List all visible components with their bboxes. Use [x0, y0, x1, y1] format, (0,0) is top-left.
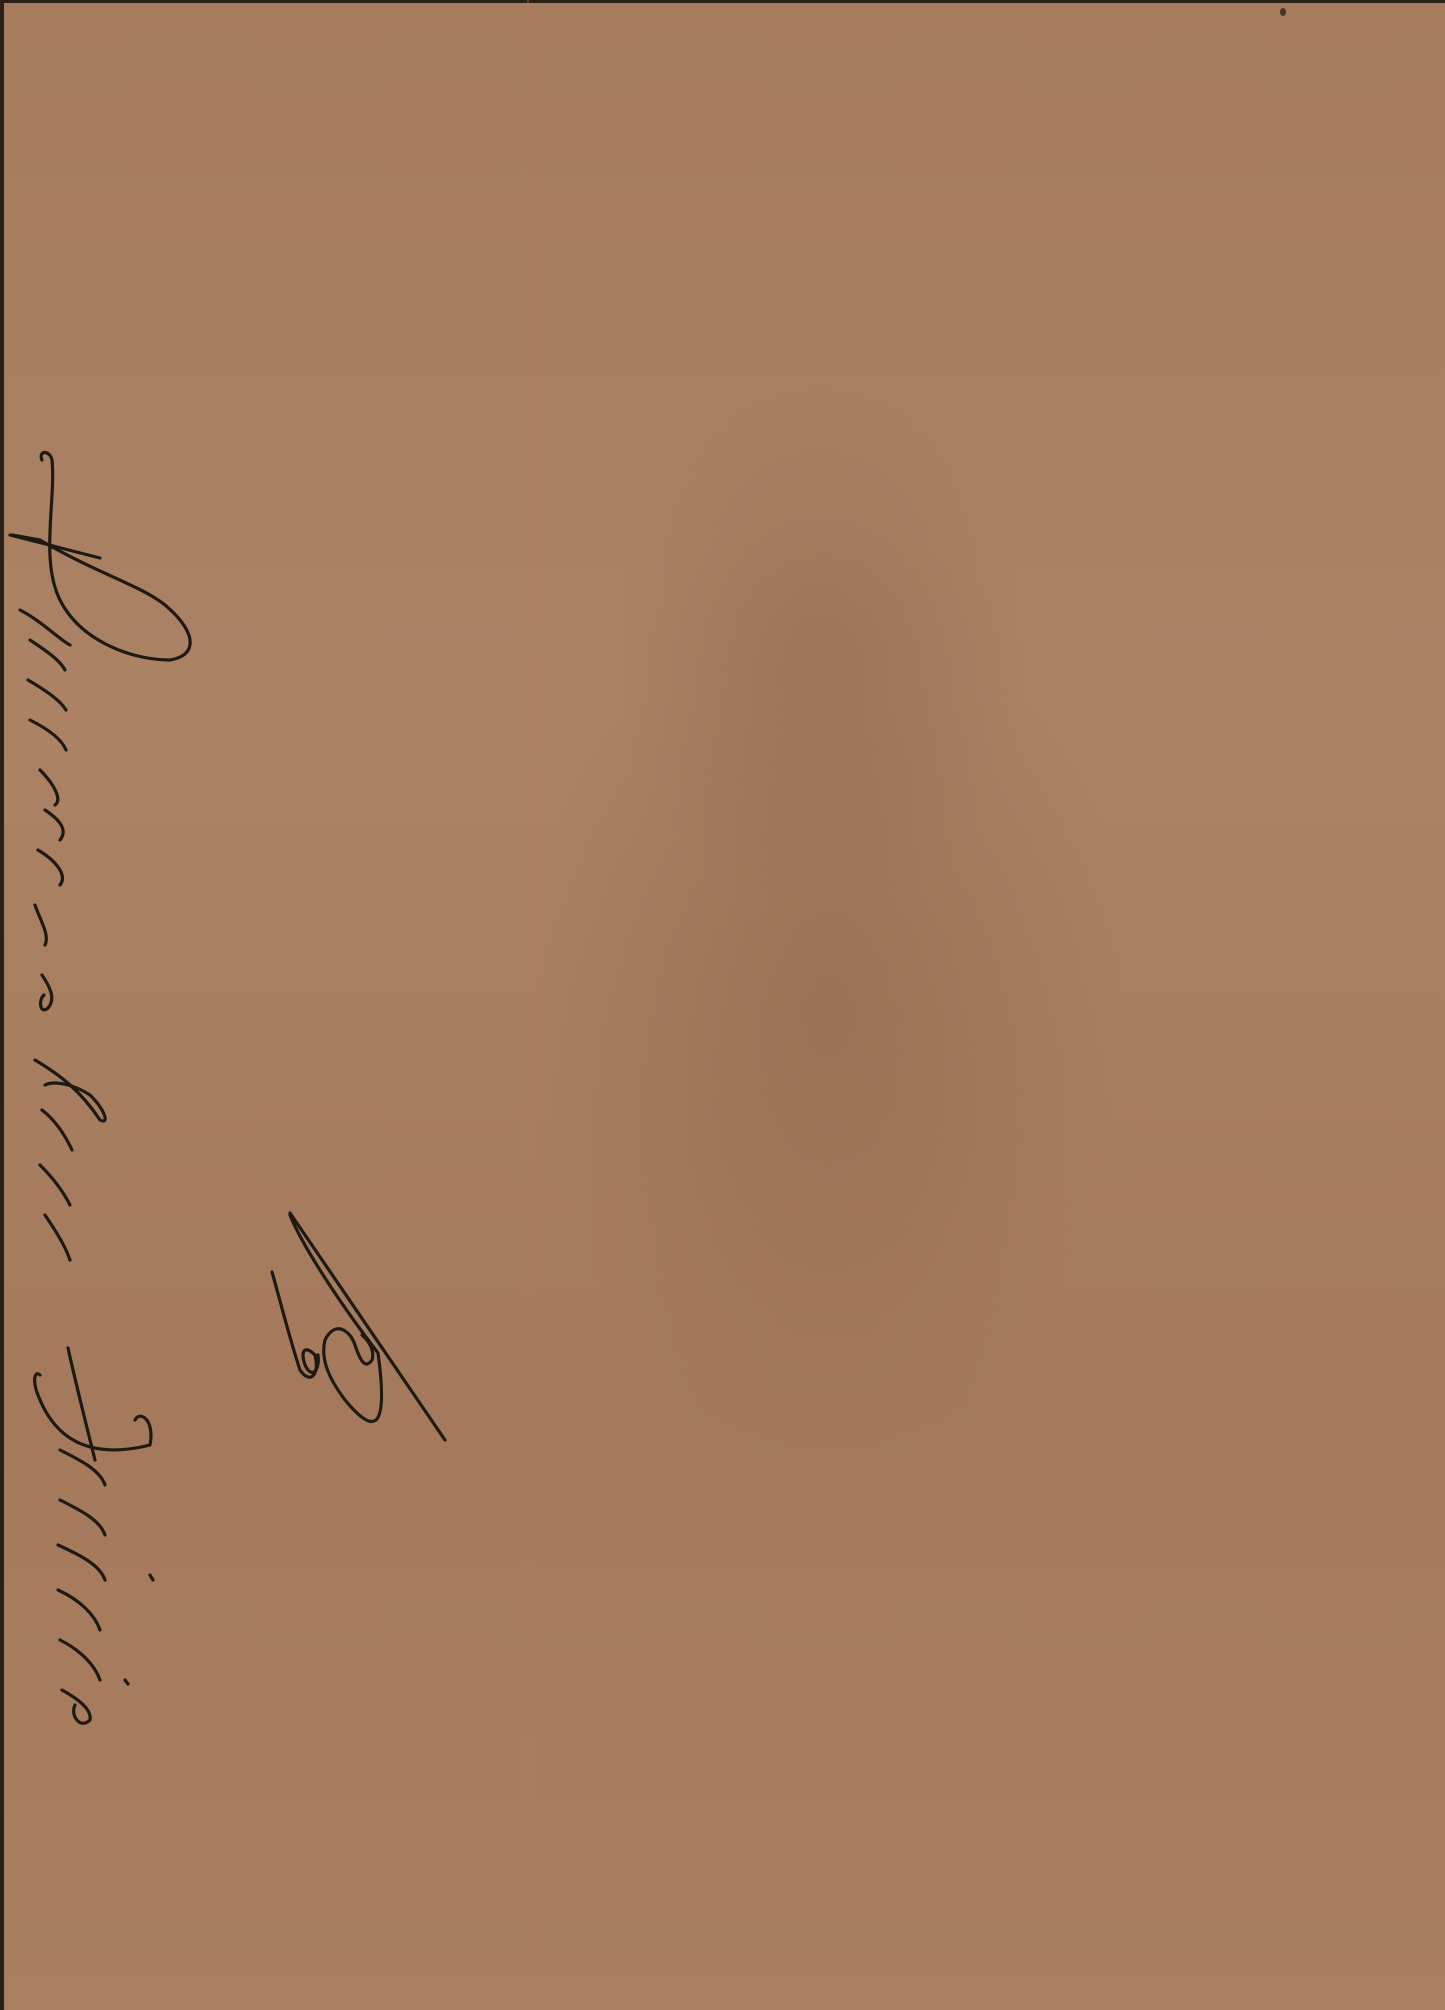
- handwriting-strokes: [0, 0, 1445, 2010]
- handwritten-word-2: [35, 1348, 153, 1723]
- handwritten-fraction-mark: [272, 1213, 445, 1440]
- paper-sheet: Presentes Leon Jiménez 2/3: [0, 0, 1445, 2010]
- handwritten-word-1: [10, 453, 190, 1261]
